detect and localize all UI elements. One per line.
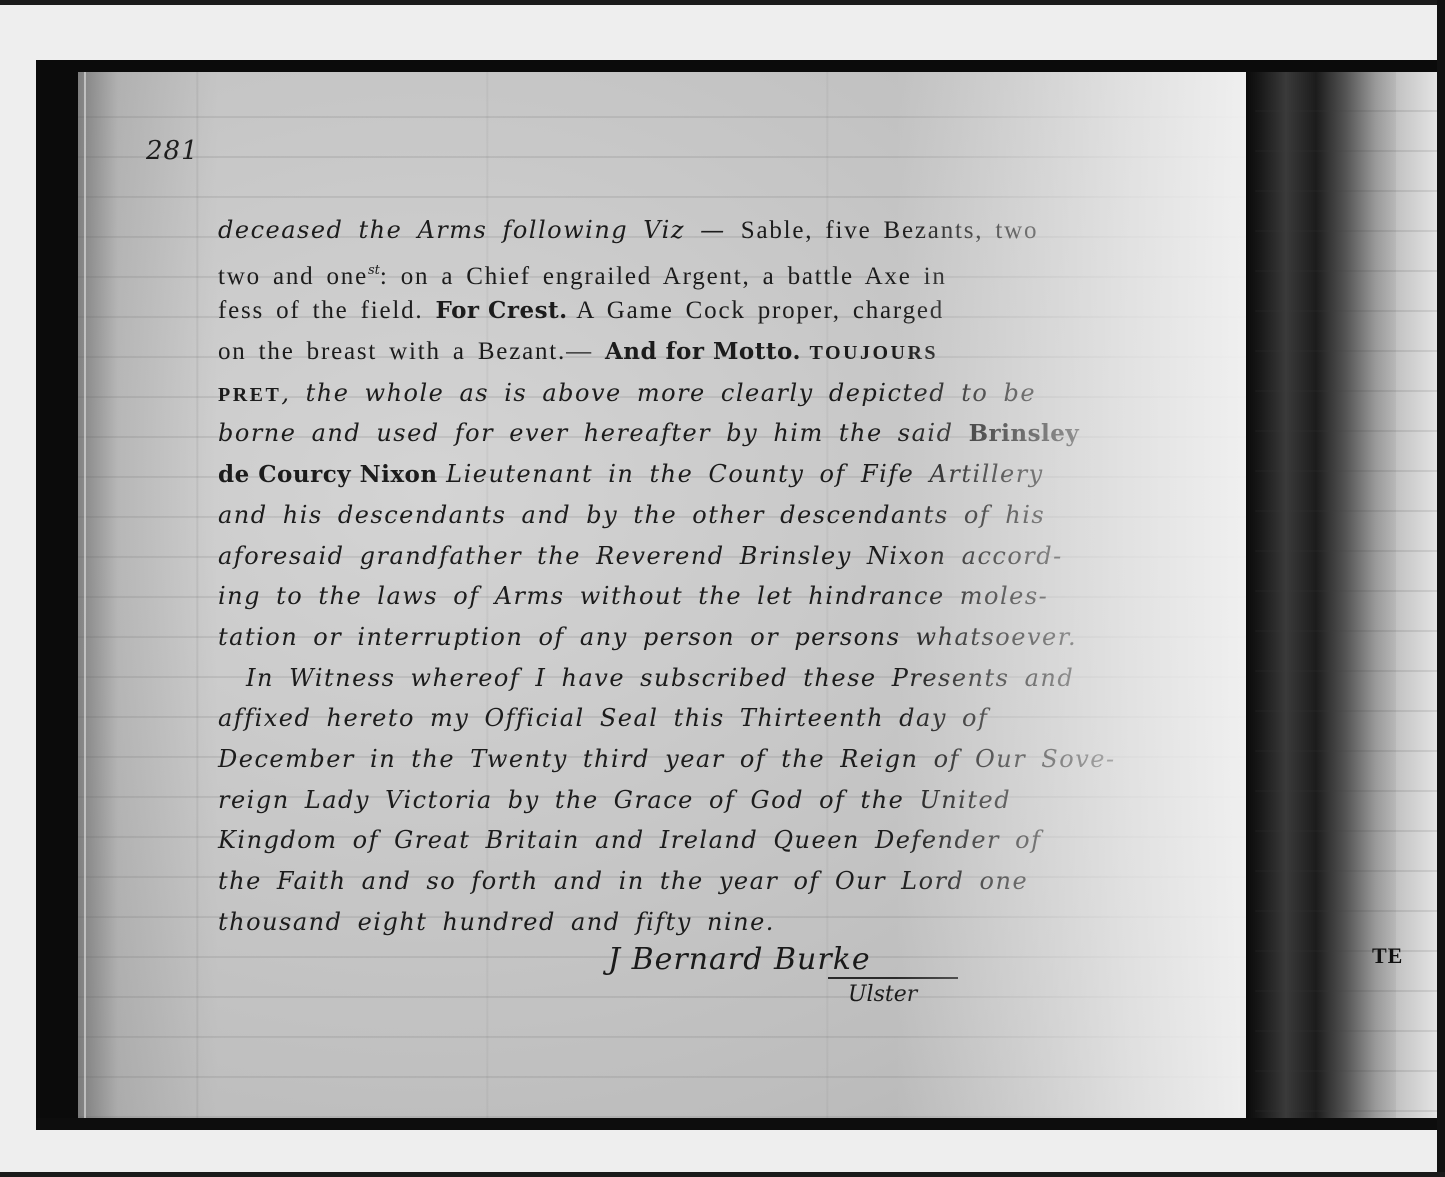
- print-top-edge: [0, 0, 1445, 5]
- manuscript-line: tation or interruption of any person or …: [218, 617, 1218, 658]
- manuscript-line: the Faith and so forth and in the year o…: [218, 861, 1218, 902]
- text-segment-script: the Faith and so forth and in the year o…: [218, 867, 1028, 895]
- text-segment-script: reign Lady Victoria by the Grace of God …: [218, 786, 1011, 814]
- text-segment-script: ing to the laws of Arms without the let …: [218, 582, 1048, 610]
- page-edge-rule: [84, 72, 86, 1118]
- register-page: 281 deceased the Arms following Viz — Sa…: [78, 72, 1246, 1118]
- manuscript-line: deceased the Arms following Viz — Sable,…: [218, 210, 1218, 251]
- manuscript-line: aforesaid grandfather the Reverend Brins…: [218, 536, 1218, 577]
- manuscript-line: PRET, the whole as is above more clearly…: [218, 373, 1218, 414]
- text-segment-print: two and one: [218, 263, 368, 290]
- text-segment-script: thousand eight hundred and fifty nine.: [218, 908, 775, 936]
- text-segment-gothic: Brinsley: [969, 420, 1080, 447]
- manuscript-line: reign Lady Victoria by the Grace of God …: [218, 780, 1218, 821]
- manuscript-line: and his descendants and by the other des…: [218, 495, 1218, 536]
- manuscript-line: Kingdom of Great Britain and Ireland Que…: [218, 820, 1218, 861]
- text-segment-script: In Witness whereof I have subscribed the…: [246, 664, 1074, 692]
- photo-frame-bottom: [36, 1118, 1444, 1130]
- text-segment-script: Lieutenant in the County of Fife Artille…: [446, 460, 1044, 488]
- manuscript-line: on the breast with a Bezant.— And for Mo…: [218, 332, 1218, 373]
- frame-corner: [1400, 60, 1437, 72]
- text-segment-print: : on a Chief engrailed Argent, a battle …: [380, 263, 947, 290]
- manuscript-line: borne and used for ever hereafter by him…: [218, 413, 1218, 454]
- text-segment-script: Kingdom of Great Britain and Ireland Que…: [218, 826, 1041, 854]
- signature-title: Ulster: [848, 982, 917, 1007]
- text-segment-script: , the whole as is above more clearly dep…: [281, 379, 1036, 407]
- text-segment-script: December in the Twenty third year of the…: [218, 745, 1116, 773]
- manuscript-line: fess of the field. For Crest. A Game Coc…: [218, 291, 1218, 332]
- manuscript-text: deceased the Arms following Viz — Sable,…: [218, 210, 1218, 942]
- text-segment-script: borne and used for ever hereafter by him…: [218, 419, 969, 447]
- page-number: 281: [146, 136, 199, 166]
- signature-underline: [828, 977, 958, 979]
- text-segment-print: fess of the field.: [218, 297, 436, 324]
- manuscript-line: In Witness whereof I have subscribed the…: [218, 658, 1218, 699]
- manuscript-line: thousand eight hundred and fifty nine.: [218, 902, 1218, 943]
- text-segment-gothic: For Crest.: [436, 297, 577, 324]
- adjacent-page-text-fragment: TE: [1372, 943, 1403, 969]
- adjacent-page-ruled-lines: [1255, 72, 1437, 1118]
- text-segment-script: tation or interruption of any person or …: [218, 623, 1077, 651]
- manuscript-line: December in the Twenty third year of the…: [218, 739, 1218, 780]
- text-segment-script: affixed hereto my Official Seal this Thi…: [218, 704, 988, 732]
- text-segment-caps: TOUJOURS: [809, 342, 938, 364]
- manuscript-line: affixed hereto my Official Seal this Thi…: [218, 698, 1218, 739]
- text-segment-print: Sable, five Bezants, two: [741, 217, 1039, 244]
- text-segment-script: and his descendants and by the other des…: [218, 501, 1045, 529]
- text-segment-gothic: And for Motto.: [605, 338, 810, 365]
- text-segment-print: on the breast with a Bezant.—: [218, 338, 605, 365]
- manuscript-line: de Courcy Nixon Lieutenant in the County…: [218, 454, 1218, 495]
- manuscript-line: ing to the laws of Arms without the let …: [218, 576, 1218, 617]
- print-right-edge: [1437, 0, 1445, 1177]
- text-segment-print: A Game Cock proper, charged: [576, 297, 944, 324]
- signature: J Bernard Burke: [608, 942, 871, 977]
- text-segment-sup: st: [368, 263, 380, 278]
- print-bottom-edge: [0, 1172, 1445, 1177]
- text-segment-script: aforesaid grandfather the Reverend Brins…: [218, 542, 1063, 570]
- text-segment-gothic: de Courcy Nixon: [218, 461, 446, 488]
- text-segment-script: deceased the Arms following Viz —: [218, 216, 741, 244]
- manuscript-line: two and onest: on a Chief engrailed Arge…: [218, 251, 1218, 292]
- text-segment-caps: PRET: [218, 384, 281, 406]
- photo-print: 281 deceased the Arms following Viz — Sa…: [0, 0, 1445, 1177]
